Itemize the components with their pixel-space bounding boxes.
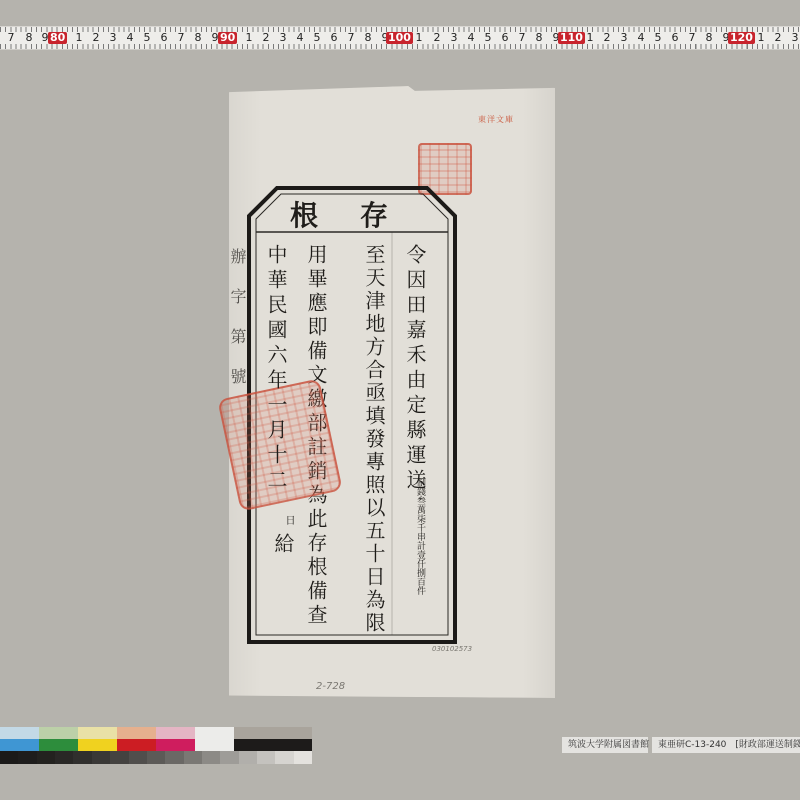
ruler-label: 5 [138,32,156,44]
text-column-2: 至天津地方合亟填發專照以五十日為限 [363,244,385,635]
color-patch [195,739,234,751]
gray-patch [73,751,91,764]
ruler-label: 120 [728,32,755,44]
gray-patch [18,751,36,764]
ruler-label: 3 [615,32,633,44]
gray-patch [202,751,220,764]
ruler-label: 5 [649,32,667,44]
gray-patch [257,751,275,764]
color-patch [156,739,195,751]
ruler-label: 3 [445,32,463,44]
ruler-label: 1 [581,32,599,44]
collection-note: 東洋文庫 [478,114,514,125]
serial-stamp: 030102573 [432,645,472,653]
color-calibration-chart [0,727,312,765]
ruler-label: 80 [48,32,67,44]
gray-patch [92,751,110,764]
ruler-label: 6 [155,32,173,44]
color-patch [78,739,117,751]
ruler-label: 2 [257,32,275,44]
color-patch [156,727,195,739]
ruler-label: 90 [218,32,237,44]
pencil-annotation: 2-728 [316,681,345,692]
date-day-suffix: 日 [283,515,294,526]
measuring-ruler: 7898012345678990123456789100123456789110… [0,26,800,50]
catalog-label: 東亜研C-13-240 [財政部運送制錢練照]存根 [652,737,800,753]
title-char-cun: 存 [360,194,388,234]
ruler-label: 2 [87,32,105,44]
ruler-label: 7 [683,32,701,44]
gray-patch [220,751,238,764]
color-patch [39,727,78,739]
color-patch [273,739,312,751]
ruler-label: 6 [666,32,684,44]
color-chart-saturated-row [0,739,312,751]
ruler-label: 7 [513,32,531,44]
gray-patch [147,751,165,764]
ruler-label: 2 [598,32,616,44]
gray-patch [110,751,128,764]
gray-patch [55,751,73,764]
library-label: 筑波大学附属図書館 [562,737,648,753]
ruler-label: 6 [496,32,514,44]
ruler-label: 7 [342,32,360,44]
date-issue-char: 給 [272,533,294,559]
ruler-label: 3 [274,32,292,44]
color-patch [0,739,39,751]
adjacent-sheet-text: 辦字第號 [226,248,249,408]
title-char-gen: 根 [290,194,318,234]
color-patch [0,727,39,739]
ruler-label: 3 [104,32,122,44]
color-chart-light-row [0,727,312,739]
ruler-label: 6 [325,32,343,44]
ruler-label: 8 [530,32,548,44]
ruler-label: 4 [632,32,650,44]
ruler-label: 4 [462,32,480,44]
color-patch [117,739,156,751]
ruler-label: 8 [359,32,377,44]
ruler-label: 2 [428,32,446,44]
gray-patch [129,751,147,764]
color-patch [78,727,117,739]
ruler-label: 5 [479,32,497,44]
gray-patch [275,751,293,764]
ruler-label: 100 [386,32,413,44]
color-patch [195,727,234,739]
ruler-label: 8 [700,32,718,44]
ruler-label: 4 [291,32,309,44]
ruler-label: 3 [786,32,800,44]
ruler-label: 1 [752,32,770,44]
ruler-label: 4 [121,32,139,44]
ruler-label: 1 [410,32,428,44]
color-patch [234,739,273,751]
ruler-label: 7 [2,32,20,44]
color-patch [39,739,78,751]
color-patch [234,727,273,739]
gray-patch [165,751,183,764]
color-patch [117,727,156,739]
gray-patch [294,751,312,764]
text-column-1: 令因田嘉禾由定縣運送 [404,244,426,494]
ruler-label: 7 [172,32,190,44]
gray-patch [184,751,202,764]
text-column-1-annotation: 制錢叁萬柒千串計壹仟捌百件 [415,478,425,595]
ruler-ticks-bottom [0,44,800,49]
date-column: 中華民國六年一月十二 [265,244,287,494]
ruler-label: 2 [769,32,787,44]
ruler-label: 1 [240,32,258,44]
grayscale-strip [0,751,312,764]
ruler-label: 8 [189,32,207,44]
ruler-label: 5 [308,32,326,44]
ruler-label: 1 [70,32,88,44]
gray-patch [239,751,257,764]
color-patch [273,727,312,739]
gray-patch [37,751,55,764]
gray-patch [0,751,18,764]
